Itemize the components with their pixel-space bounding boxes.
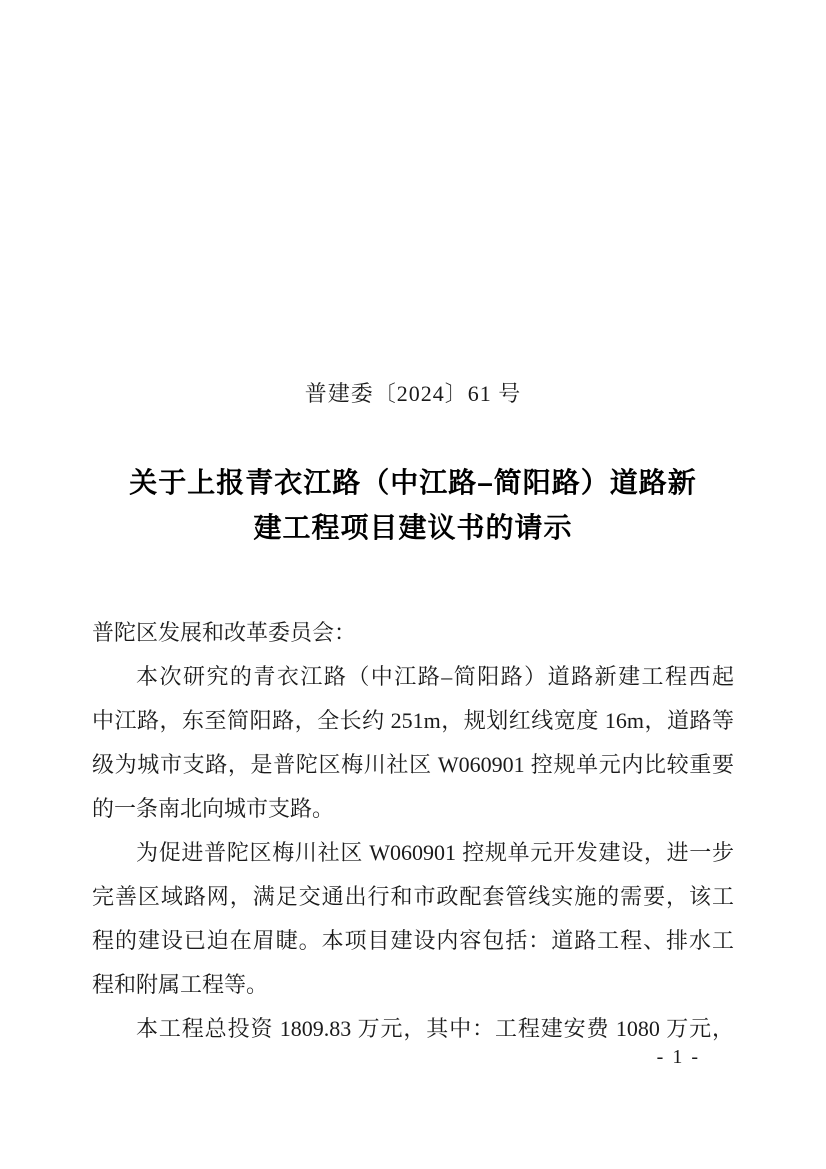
document-body: 普陀区发展和改革委员会： 本次研究的青衣江路（中江路–简阳路）道路新建工程西起中… (92, 611, 734, 1051)
document-title-line-1: 关于上报青衣江路（中江路–简阳路）道路新 (93, 460, 733, 505)
body-line: 本次研究的青衣江路（中江路–简阳路）道路新建工程西起 (92, 655, 734, 699)
document-page: 普建委〔2024〕61 号 关于上报青衣江路（中江路–简阳路）道路新 建工程项目… (0, 0, 826, 1169)
document-title: 关于上报青衣江路（中江路–简阳路）道路新 建工程项目建议书的请示 (93, 460, 733, 550)
body-line: 程的建设已迫在眉睫。本项目建设内容包括：道路工程、排水工 (92, 919, 734, 963)
body-line: 中江路，东至简阳路，全长约 251m，规划红线宽度 16m，道路等 (92, 699, 734, 743)
body-line: 完善区域路网，满足交通出行和市政配套管线实施的需要，该工 (92, 875, 734, 919)
body-line: 为促进普陀区梅川社区 W060901 控规单元开发建设，进一步 (92, 831, 734, 875)
body-line: 本工程总投资 1809.83 万元，其中：工程建安费 1080 万元， (92, 1007, 734, 1051)
body-line: 级为城市支路，是普陀区梅川社区 W060901 控规单元内比较重要 (92, 743, 734, 787)
document-reference-number: 普建委〔2024〕61 号 (0, 381, 826, 407)
page-number: - 1 - (657, 1045, 700, 1069)
salutation: 普陀区发展和改革委员会： (92, 611, 734, 655)
body-line: 的一条南北向城市支路。 (92, 787, 734, 831)
document-title-line-2: 建工程项目建议书的请示 (93, 505, 733, 550)
body-line: 程和附属工程等。 (92, 963, 734, 1007)
